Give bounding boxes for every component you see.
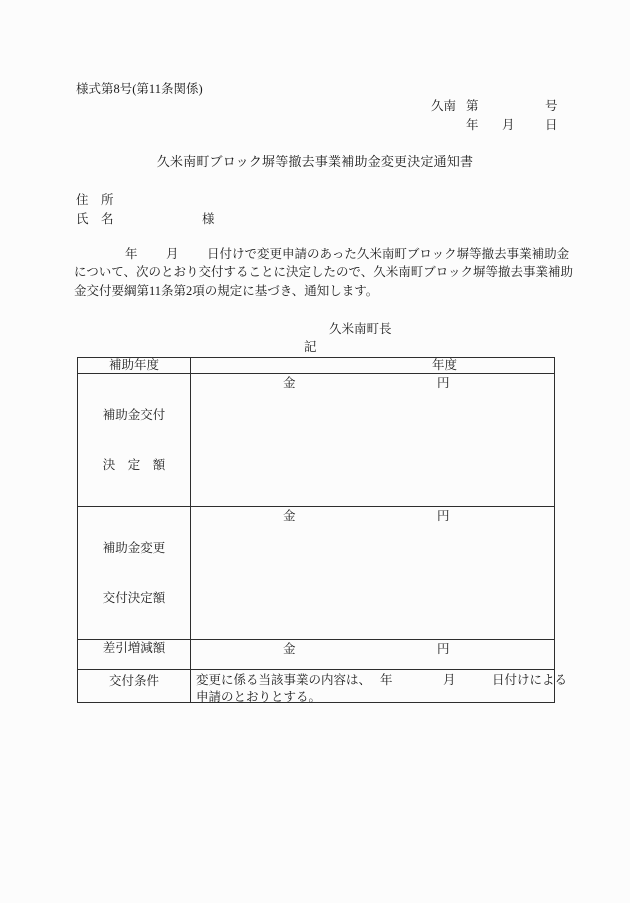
body-date-month-label: 月 <box>166 247 179 261</box>
amount-kin-label: 金 <box>283 641 296 658</box>
grant-decision-label-line1: 補助金交付 <box>78 407 190 424</box>
table-row-grant-decision: 補助金交付 決 定 額 金 円 <box>78 374 555 507</box>
date-year-label: 年 <box>466 118 479 132</box>
date-month-label: 月 <box>502 118 515 132</box>
table-row-change-decision: 補助金変更 交付決定額 金 円 <box>78 507 555 640</box>
amount-kin-label: 金 <box>283 375 296 392</box>
change-decision-label-line2: 交付決定額 <box>78 590 190 607</box>
signer-title: 久米南町長 <box>329 322 392 336</box>
doc-number-suffix-label: 号 <box>545 99 558 113</box>
difference-label: 差引増減額 <box>78 640 191 670</box>
table-row-difference: 差引増減額 金 円 <box>78 640 555 670</box>
conditions-value-cell: 変更に係る当該事業の内容は、 年 月 日付けによる 申請のとおりとする。 <box>191 670 555 703</box>
notice-table: 補助年度 年度 補助金交付 決 定 額 金 円 補助金変更 交付決定額 金 円 <box>77 357 555 703</box>
table-row-subsidy-year: 補助年度 年度 <box>78 358 555 374</box>
difference-value-cell: 金 円 <box>191 640 555 670</box>
amount-yen-label: 円 <box>437 508 450 525</box>
table-row-conditions: 交付条件 変更に係る当該事業の内容は、 年 月 日付けによる 申請のとおりとする… <box>78 670 555 703</box>
recipient-name-label: 氏 名 <box>76 212 114 226</box>
conditions-label: 交付条件 <box>78 670 191 703</box>
amount-kin-label: 金 <box>283 508 296 525</box>
condition-text-part2: 日付けによる <box>492 672 567 689</box>
body-line-2: について、次のとおり交付することに決定したので、久米南町ブロック塀等撤去事業補助 <box>74 265 573 279</box>
document-title: 久米南町ブロック塀等撤去事業補助金変更決定通知書 <box>0 155 630 169</box>
body-date-year-label: 年 <box>125 247 138 261</box>
form-number-label: 様式第8号(第11条関係) <box>76 82 203 96</box>
condition-text-line2: 申請のとおりとする。 <box>196 689 321 706</box>
recipient-honorific-label: 様 <box>202 212 215 226</box>
grant-decision-value-cell: 金 円 <box>191 374 555 507</box>
date-day-label: 日 <box>545 118 558 132</box>
fiscal-year-label: 年度 <box>432 358 457 373</box>
body-line-3: 金交付要綱第11条第2項の規定に基づき、通知します。 <box>74 284 378 298</box>
condition-year-label: 年 <box>380 672 393 689</box>
change-decision-value-cell: 金 円 <box>191 507 555 640</box>
recipient-address-label: 住 所 <box>76 193 114 207</box>
body-line-1-text: 日付けで変更申請のあった久米南町ブロック塀等撤去事業補助金 <box>207 247 569 261</box>
grant-decision-label: 補助金交付 決 定 額 <box>78 374 191 507</box>
condition-text-part1: 変更に係る当該事業の内容は、 <box>196 672 371 689</box>
change-decision-label-line1: 補助金変更 <box>78 540 190 557</box>
condition-month-label: 月 <box>443 672 456 689</box>
change-decision-label: 補助金変更 交付決定額 <box>78 507 191 640</box>
section-marker: 記 <box>304 340 317 354</box>
document-page: 様式第8号(第11条関係) 久南 第 号 年 月 日 久米南町ブロック塀等撤去事… <box>0 0 630 903</box>
subsidy-year-label: 補助年度 <box>78 358 191 374</box>
doc-number-prefix-label: 第 <box>466 99 479 113</box>
grant-decision-label-line2: 決 定 額 <box>78 457 190 474</box>
amount-yen-label: 円 <box>437 641 450 658</box>
amount-yen-label: 円 <box>437 375 450 392</box>
subsidy-year-value-cell: 年度 <box>191 358 555 374</box>
doc-number-office-label: 久南 <box>431 99 456 113</box>
